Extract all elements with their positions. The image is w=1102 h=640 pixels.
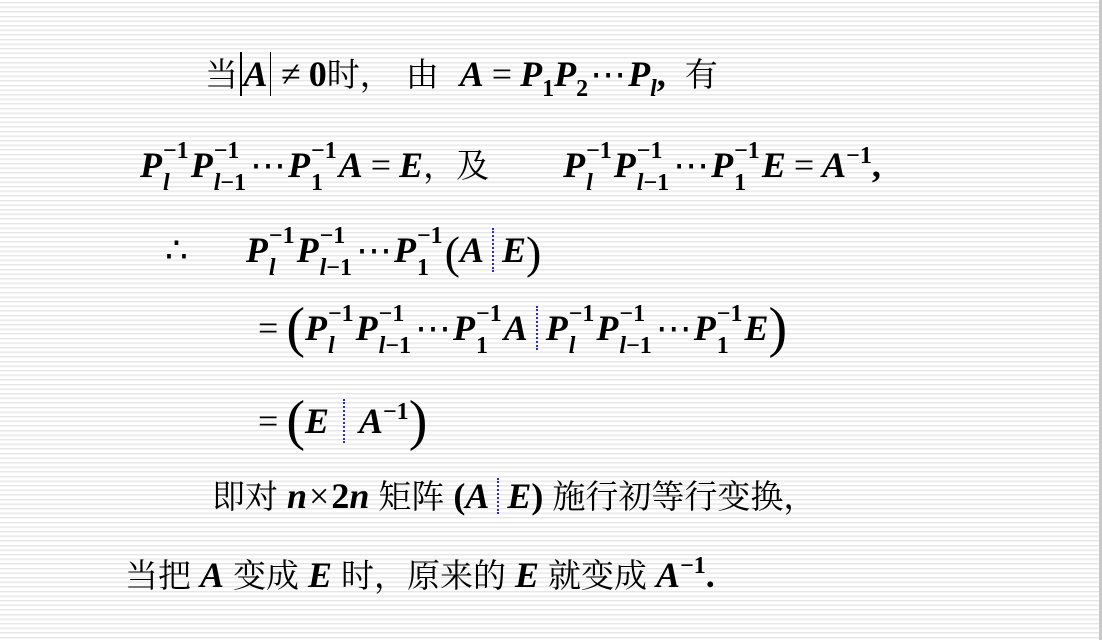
- augmented-separator: [343, 399, 345, 443]
- text-and: ，及: [423, 146, 489, 185]
- ellipsis: ⋯: [356, 230, 392, 270]
- times-symbol: ×: [309, 476, 329, 516]
- sup-inverse: −1: [383, 399, 409, 425]
- statement-line-1: 当A≠0时， 由 A=P1P2⋯Pl, 有: [205, 52, 718, 109]
- sup-sub-pair: −11: [734, 145, 760, 193]
- right-paren: ): [409, 390, 428, 452]
- sup-inverse: −1: [846, 143, 872, 169]
- var-P: P: [246, 230, 268, 270]
- right-paren: ): [531, 476, 543, 516]
- var-E: E: [502, 230, 526, 270]
- var-P: P: [711, 145, 733, 185]
- var-P: P: [563, 145, 585, 185]
- text-original: 时，原来的: [341, 556, 506, 595]
- var-E: E: [507, 476, 531, 516]
- sup-sub-pair: −11: [476, 308, 502, 356]
- text-becomes: 就变成: [548, 556, 647, 595]
- var-E: E: [308, 555, 332, 595]
- text-row-ops: 施行初等行变换，: [552, 477, 816, 516]
- var-P: P: [191, 145, 213, 185]
- sub-1: 1: [542, 76, 554, 102]
- sup-sub-pair: −1l−1: [214, 145, 246, 193]
- sup-inverse: −1: [680, 553, 706, 579]
- sup-sub-pair: −1l−1: [637, 145, 669, 193]
- var-n: n: [349, 476, 369, 516]
- var-E: E: [515, 555, 539, 595]
- var-P: P: [596, 308, 618, 348]
- sup-sub-pair: −1l: [163, 145, 189, 193]
- left-paren: (: [286, 297, 305, 359]
- sup-sub-pair: −11: [717, 308, 743, 356]
- var-P: P: [394, 230, 416, 270]
- left-paren: (: [286, 390, 305, 452]
- var-P: P: [628, 54, 650, 94]
- sup-sub-pair: −1l: [569, 308, 595, 356]
- var-P: P: [554, 54, 576, 94]
- sup-sub-pair: −1l: [269, 230, 295, 278]
- eq-symbol: =: [371, 145, 391, 185]
- ellipsis: ⋯: [250, 145, 286, 185]
- statement-line-5: =(EA−1): [258, 392, 427, 443]
- var-P: P: [356, 308, 378, 348]
- sup-sub-pair: −1l−1: [320, 230, 352, 278]
- var-A: A: [359, 401, 383, 441]
- var-E: E: [744, 308, 768, 348]
- var-A: A: [465, 476, 489, 516]
- text-you-have: 有: [685, 55, 718, 94]
- text-shi: 时，: [327, 55, 393, 94]
- right-paren: ): [768, 297, 787, 359]
- augmented-separator: [497, 478, 499, 514]
- det-bar-left: [240, 52, 242, 96]
- sup-sub-pair: −11: [311, 145, 337, 193]
- right-paren: ): [526, 227, 541, 278]
- var-P: P: [140, 145, 162, 185]
- var-A: A: [460, 54, 484, 94]
- sup-sub-pair: −1l−1: [619, 308, 651, 356]
- eq-symbol: =: [492, 54, 512, 94]
- statement-line-2: P−1lP−1l−1⋯P−11A=E，及 P−1lP−1l−1⋯P−11E=A−…: [140, 136, 881, 193]
- therefore-symbol: ∴: [165, 230, 188, 270]
- var-A: A: [339, 145, 363, 185]
- period: .: [706, 555, 715, 595]
- text-dang-ba: 当把: [125, 556, 191, 595]
- two: 2: [331, 476, 349, 516]
- var-P: P: [546, 308, 568, 348]
- eq-symbol: =: [258, 401, 278, 441]
- left-paren: (: [445, 227, 460, 278]
- var-n: n: [287, 476, 307, 516]
- var-A: A: [822, 145, 846, 185]
- sup-sub-pair: −1l−1: [379, 308, 411, 356]
- det-bar-right: [270, 52, 272, 96]
- var-E: E: [399, 145, 423, 185]
- ellipsis: ⋯: [590, 54, 626, 94]
- eq-symbol: =: [794, 145, 814, 185]
- sup-sub-pair: −1l: [328, 308, 354, 356]
- var-A: A: [460, 230, 484, 270]
- text-matrix: 矩阵: [378, 477, 444, 516]
- var-P: P: [453, 308, 475, 348]
- sup-sub-pair: −1l: [586, 145, 612, 193]
- var-P: P: [305, 308, 327, 348]
- var-P: P: [297, 230, 319, 270]
- comma: ,: [872, 145, 881, 185]
- var-P: P: [288, 145, 310, 185]
- var-P: P: [520, 54, 542, 94]
- comma: ,: [657, 54, 666, 94]
- statement-line-7: 当把 A 变成 E 时，原来的 E 就变成 A−1.: [125, 546, 715, 596]
- statement-line-3: ∴ P−1lP−1l−1⋯P−11(AE): [165, 228, 541, 278]
- statement-line-6: 即对 n×2n 矩阵 (AE) 施行初等行变换，: [212, 476, 816, 517]
- var-A: A: [504, 308, 528, 348]
- sub-2: 2: [576, 76, 588, 102]
- ellipsis: ⋯: [673, 145, 709, 185]
- statement-line-4: =(P−1lP−1l−1⋯P−11AP−1lP−1l−1⋯P−11E): [258, 306, 787, 356]
- text-you: 由: [406, 55, 439, 94]
- neq-symbol: ≠: [281, 54, 301, 94]
- ellipsis: ⋯: [656, 308, 692, 348]
- ellipsis: ⋯: [415, 308, 451, 348]
- var-P: P: [694, 308, 716, 348]
- sub-l: l: [650, 76, 657, 102]
- left-paren: (: [453, 476, 465, 516]
- zero: 0: [309, 54, 327, 94]
- sup-sub-pair: −11: [417, 230, 443, 278]
- var-P: P: [614, 145, 636, 185]
- text-ji-dui: 即对: [212, 477, 278, 516]
- var-E: E: [305, 401, 329, 441]
- det-var-A: A: [244, 54, 268, 94]
- var-E: E: [762, 145, 786, 185]
- text-dang: 当: [205, 55, 238, 94]
- augmented-separator: [492, 228, 494, 272]
- var-A: A: [656, 555, 680, 595]
- var-A: A: [200, 555, 224, 595]
- augmented-separator: [536, 306, 538, 350]
- text-bian-cheng: 变成: [233, 556, 299, 595]
- eq-symbol: =: [258, 308, 278, 348]
